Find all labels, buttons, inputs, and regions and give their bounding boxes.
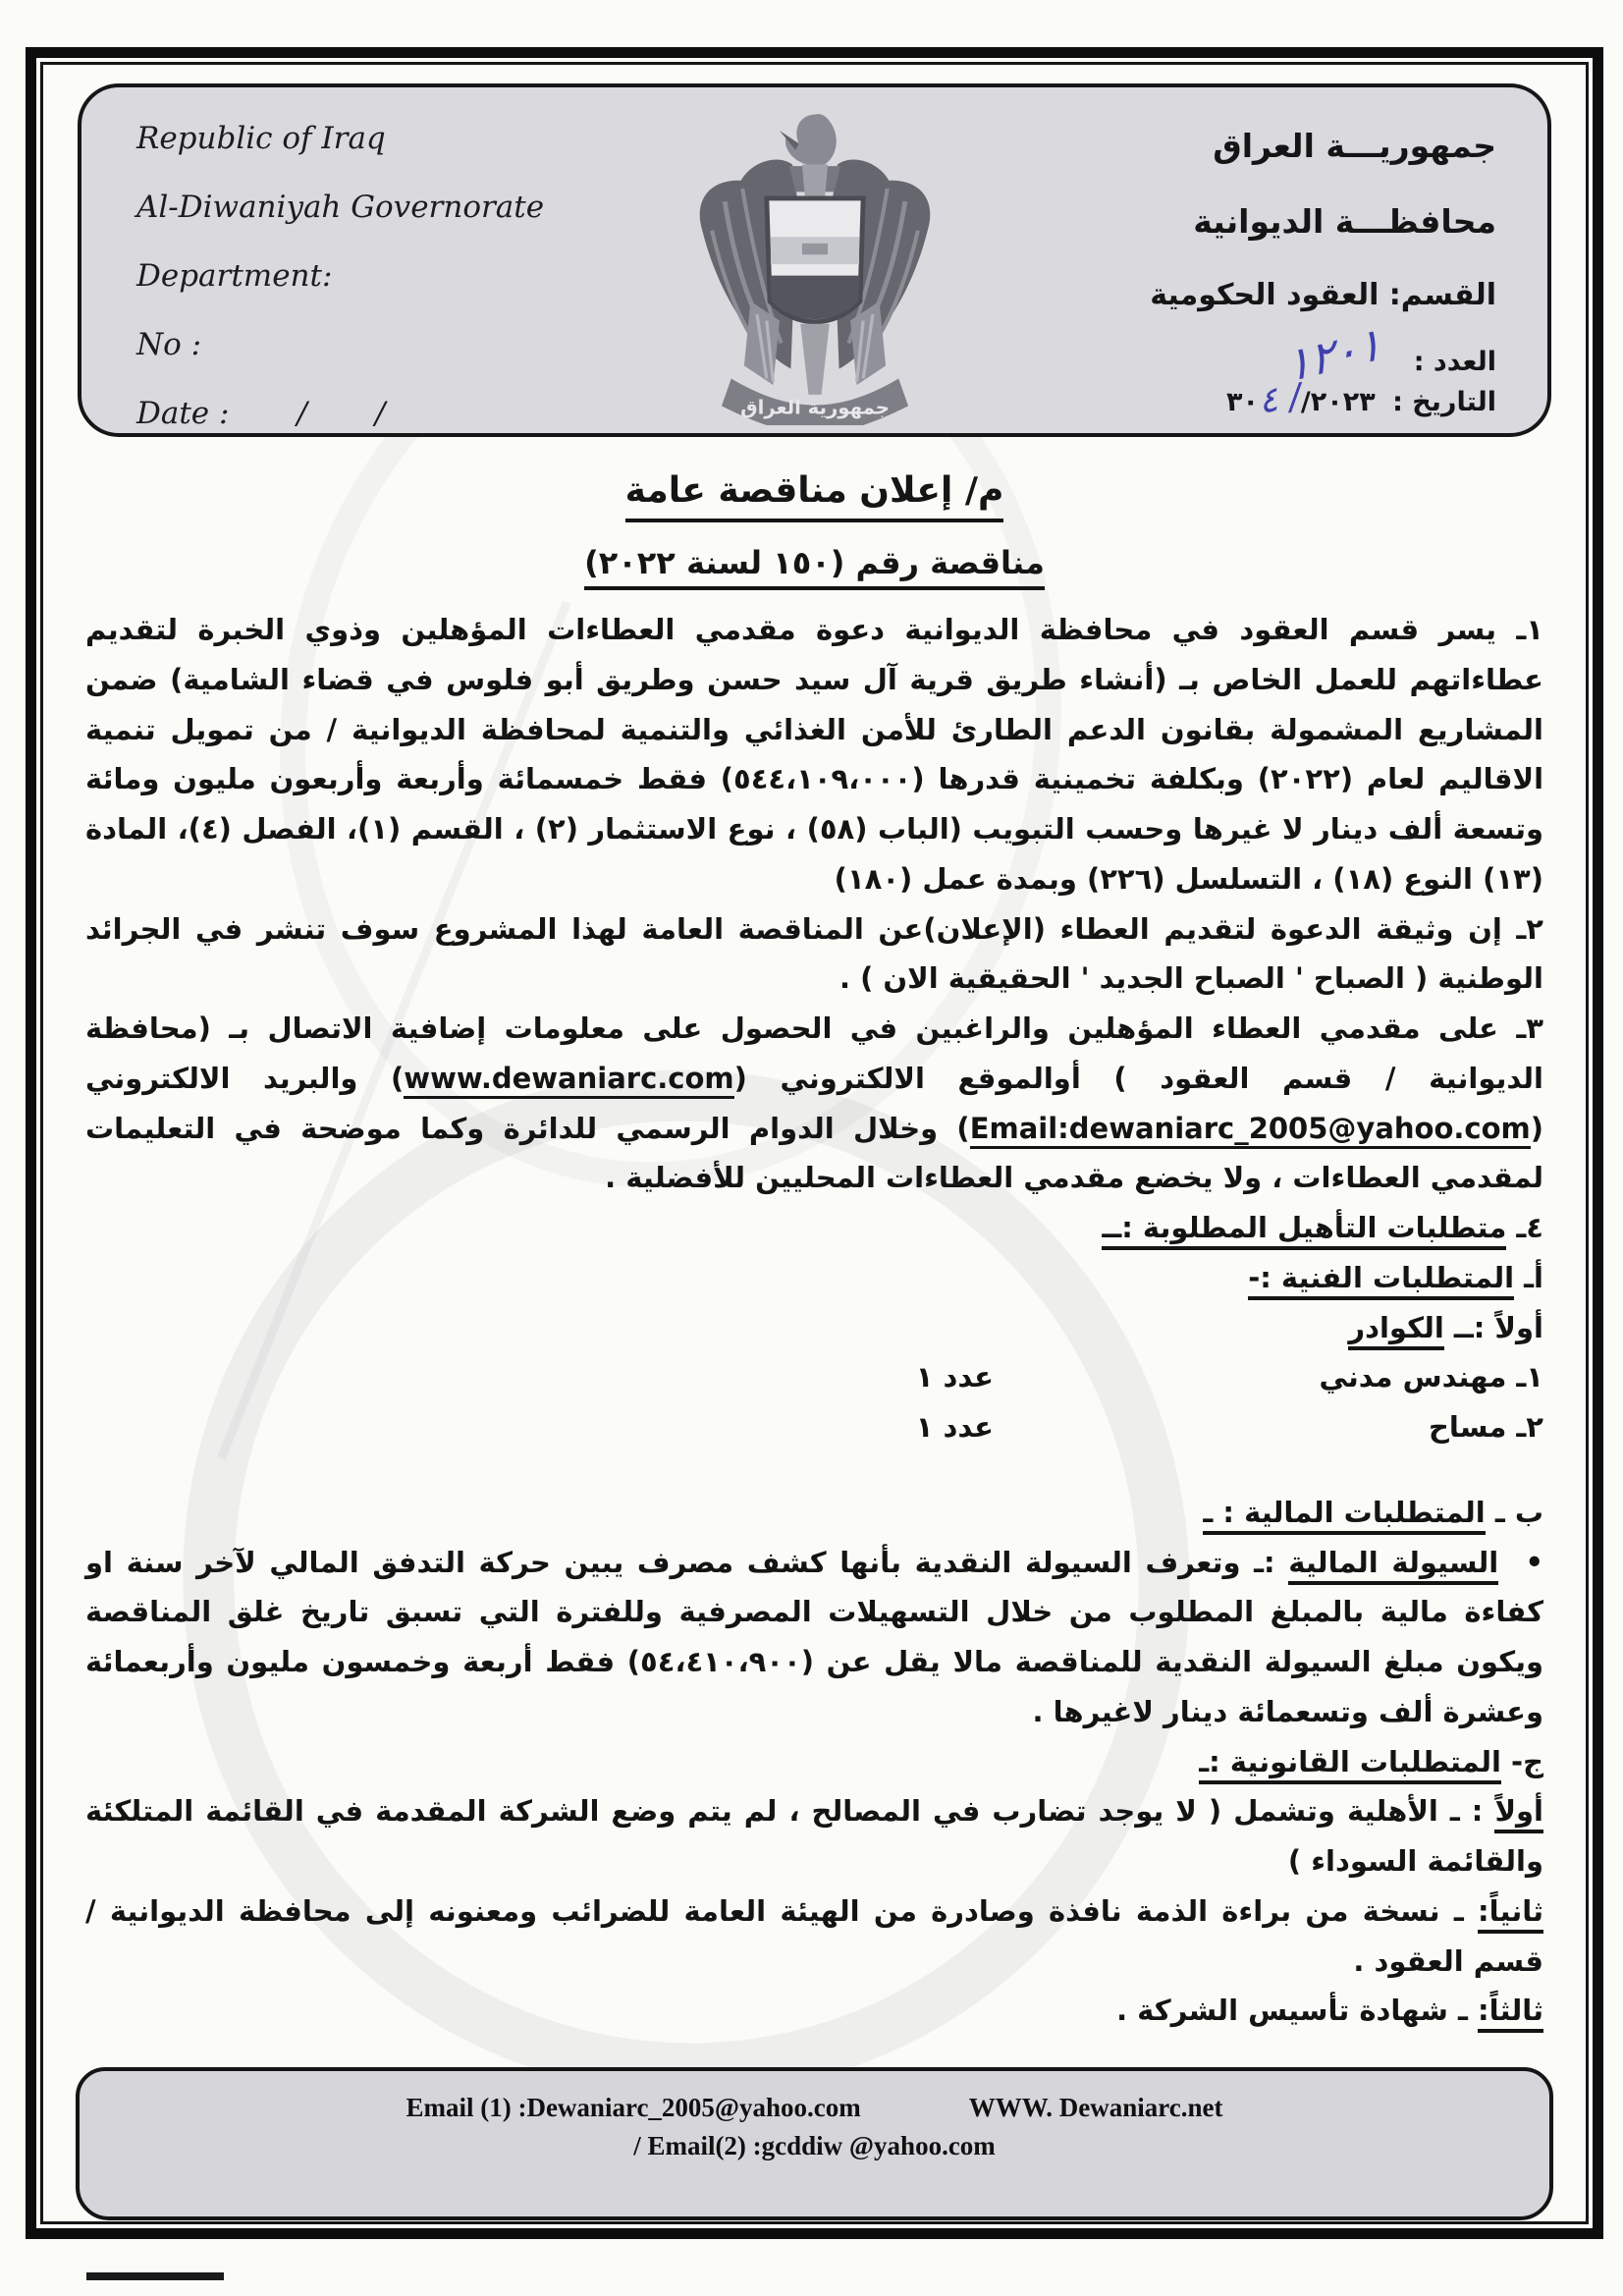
page-border-frame: Republic of Iraq Al-Diwaniyah Governorat… <box>26 47 1603 2239</box>
country-name-ar: جمهوريـــة العراق <box>1150 127 1496 165</box>
section-4-heading: ٤ـ متطلبات التأهيل المطلوبة :ــ <box>85 1203 1543 1253</box>
legal-item-second: ثانياً: ـ نسخة من براءة الذمة نافذة وصاد… <box>85 1886 1543 1987</box>
letterhead-arabic: جمهوريـــة العراق محافظـــة الديوانية ال… <box>1150 127 1496 419</box>
cadre-count: عدد ١ <box>916 1402 994 1452</box>
governorate-name-en: Al-Diwaniyah Governorate <box>136 190 544 225</box>
footer-line-1: Email (1) :Dewaniarc_2005@yahoo.com WWW.… <box>99 2093 1530 2123</box>
scan-artifact-mark <box>86 2272 224 2280</box>
letterhead: Republic of Iraq Al-Diwaniyah Governorat… <box>78 83 1551 437</box>
department-label-en: Department: <box>136 258 544 294</box>
footer-contact-box: Email (1) :Dewaniarc_2005@yahoo.com WWW.… <box>76 2067 1553 2220</box>
tender-number-subtitle: مناقصة رقم (١٥٠ لسنة ٢٠٢٢) <box>36 544 1593 581</box>
section-c-heading: ج- المتطلبات القانونية :ـ <box>85 1737 1543 1787</box>
paragraph-1-invitation: ١ـ يسر قسم العقود في محافظة الديوانية دع… <box>85 605 1543 904</box>
footer-line-2: / Email(2) :gcddiw @yahoo.com <box>99 2131 1530 2161</box>
date-label-en: Date : / / <box>136 396 544 431</box>
email-link-text: Email:dewaniarc_2005@yahoo.com <box>970 1112 1531 1149</box>
financial-liquidity-paragraph: • السيولة المالية :ـ وتعرف السيولة النقد… <box>85 1538 1543 1737</box>
date-year: ٢٠٢٣/ <box>1301 387 1376 417</box>
cadres-heading: أولاً :ــ الكوادر <box>85 1303 1543 1353</box>
department-name-ar: القسم: العقود الحكومية <box>1150 278 1496 312</box>
iraq-eagle-emblem-icon: جمهورية العراق <box>653 95 977 425</box>
svg-text:جمهورية العراق: جمهورية العراق <box>740 397 890 419</box>
footer-email-1: Email (1) :Dewaniarc_2005@yahoo.com <box>406 2093 860 2123</box>
legal-item-third: ثالثاً: ـ شهادة تأسيس الشركة . <box>85 1986 1543 2036</box>
scanned-document-page: Republic of Iraq Al-Diwaniyah Governorat… <box>0 0 1623 2296</box>
governorate-name-ar: محافظـــة الديوانية <box>1150 202 1496 241</box>
cadre-row-surveyor: ٢ـ مساح عدد ١ <box>85 1402 1543 1452</box>
section-b-heading: ب ـ المتطلبات المالية : ـ <box>85 1488 1543 1538</box>
paragraph-3-contact: ٣ـ على مقدمي العطاء المؤهلين والراغبين ف… <box>85 1004 1543 1203</box>
date-label-ar: التاريخ : <box>1392 387 1496 417</box>
country-name-en: Republic of Iraq <box>136 121 544 156</box>
date-day: ٣٠ <box>1226 387 1259 417</box>
bullet-point: • <box>1525 1546 1543 1579</box>
number-label-en: No : <box>136 327 544 362</box>
website-link-text: www.dewaniarc.com <box>404 1062 733 1099</box>
document-title: م/ إعلان مناقصة عامة <box>36 470 1593 511</box>
handwritten-date-month: ٤ / <box>1257 377 1304 422</box>
document-number-row: العدد : ١٢٠١ <box>1150 328 1496 377</box>
footer-website: WWW. Dewaniarc.net <box>969 2093 1223 2123</box>
legal-item-first: أولاً : ـ الأهلية وتشمل ( لا يوجد تضارب … <box>85 1786 1543 1886</box>
paragraph-2-publication: ٢ـ إن وثيقة الدعوة لتقديم العطاء (الإعلا… <box>85 904 1543 1005</box>
footer-email-2: / Email(2) :gcddiw @yahoo.com <box>633 2131 996 2160</box>
number-label-ar: العدد : <box>1414 347 1496 377</box>
section-a-heading: أـ المتطلبات الفنية :- <box>85 1253 1543 1303</box>
document-body: ١ـ يسر قسم العقود في محافظة الديوانية دع… <box>85 605 1543 2036</box>
cadre-row-civil-engineer: ١ـ مهندس مدني عدد ١ <box>85 1352 1543 1402</box>
letterhead-english: Republic of Iraq Al-Diwaniyah Governorat… <box>136 121 544 465</box>
cadre-count: عدد ١ <box>916 1352 994 1402</box>
document-date-row: التاريخ : ٢٠٢٣/ ٤ /٣٠ <box>1150 379 1496 419</box>
